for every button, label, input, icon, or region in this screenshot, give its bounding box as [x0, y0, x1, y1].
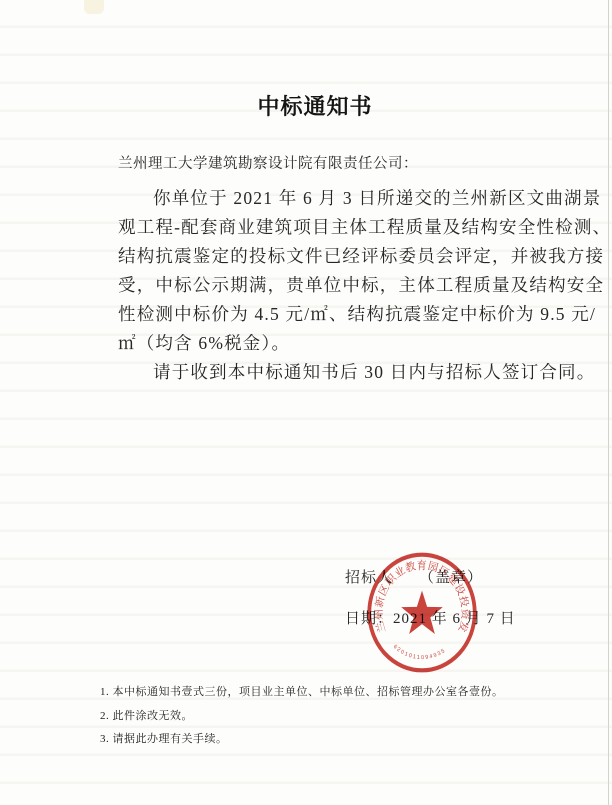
seal-serial-number: 6201011094935 — [392, 644, 447, 661]
body-line: 结构抗震鉴定的投标文件已经评标委员会评定，并被我方接 — [118, 242, 593, 271]
seal-star-icon — [401, 591, 443, 634]
note-line: 2. 此件涂改无效。 — [100, 705, 504, 729]
body-paragraphs: 你单位于 2021 年 6 月 3 日所递交的兰州新区文曲湖景 观工程-配套商业… — [118, 184, 593, 387]
footer-notes: 1. 本中标通知书壹式三份，项目业主单位、中标单位、招标管理办公室各壹份。 2.… — [100, 681, 504, 752]
note-line: 1. 本中标通知书壹式三份，项目业主单位、中标单位、招标管理办公室各壹份。 — [100, 681, 504, 705]
body-line: ㎡（均含 6%税金）。 — [118, 329, 593, 358]
salutation-line: 兰州理工大学建筑勘察设计院有限责任公司： — [118, 152, 418, 173]
company-seal-stamp: 兰州新区职业教育园区建设投资发展有限公司 6201011094935 — [365, 550, 479, 675]
document-title: 中标通知书 — [0, 90, 612, 121]
note-line: 3. 请据此办理有关手续。 — [100, 728, 504, 752]
scan-corner-tint — [84, 0, 104, 14]
seal-graphic: 兰州新区职业教育园区建设投资发展有限公司 6201011094935 — [365, 550, 479, 675]
body-line: 你单位于 2021 年 6 月 3 日所递交的兰州新区文曲湖景 — [118, 184, 593, 213]
body-line: 观工程-配套商业建筑项目主体工程质量及结构安全性检测、 — [118, 213, 593, 242]
body-line: 受，中标公示期满，贵单位中标，主体工程质量及结构安全 — [118, 271, 593, 300]
scanned-document-page: 中标通知书 兰州理工大学建筑勘察设计院有限责任公司： 你单位于 2021 年 6… — [0, 0, 612, 805]
body-line: 请于收到本中标通知书后 30 日内与招标人签订合同。 — [118, 358, 593, 387]
body-line: 性检测中标价为 4.5 元/㎡、结构抗震鉴定中标价为 9.5 元/ — [118, 300, 593, 329]
